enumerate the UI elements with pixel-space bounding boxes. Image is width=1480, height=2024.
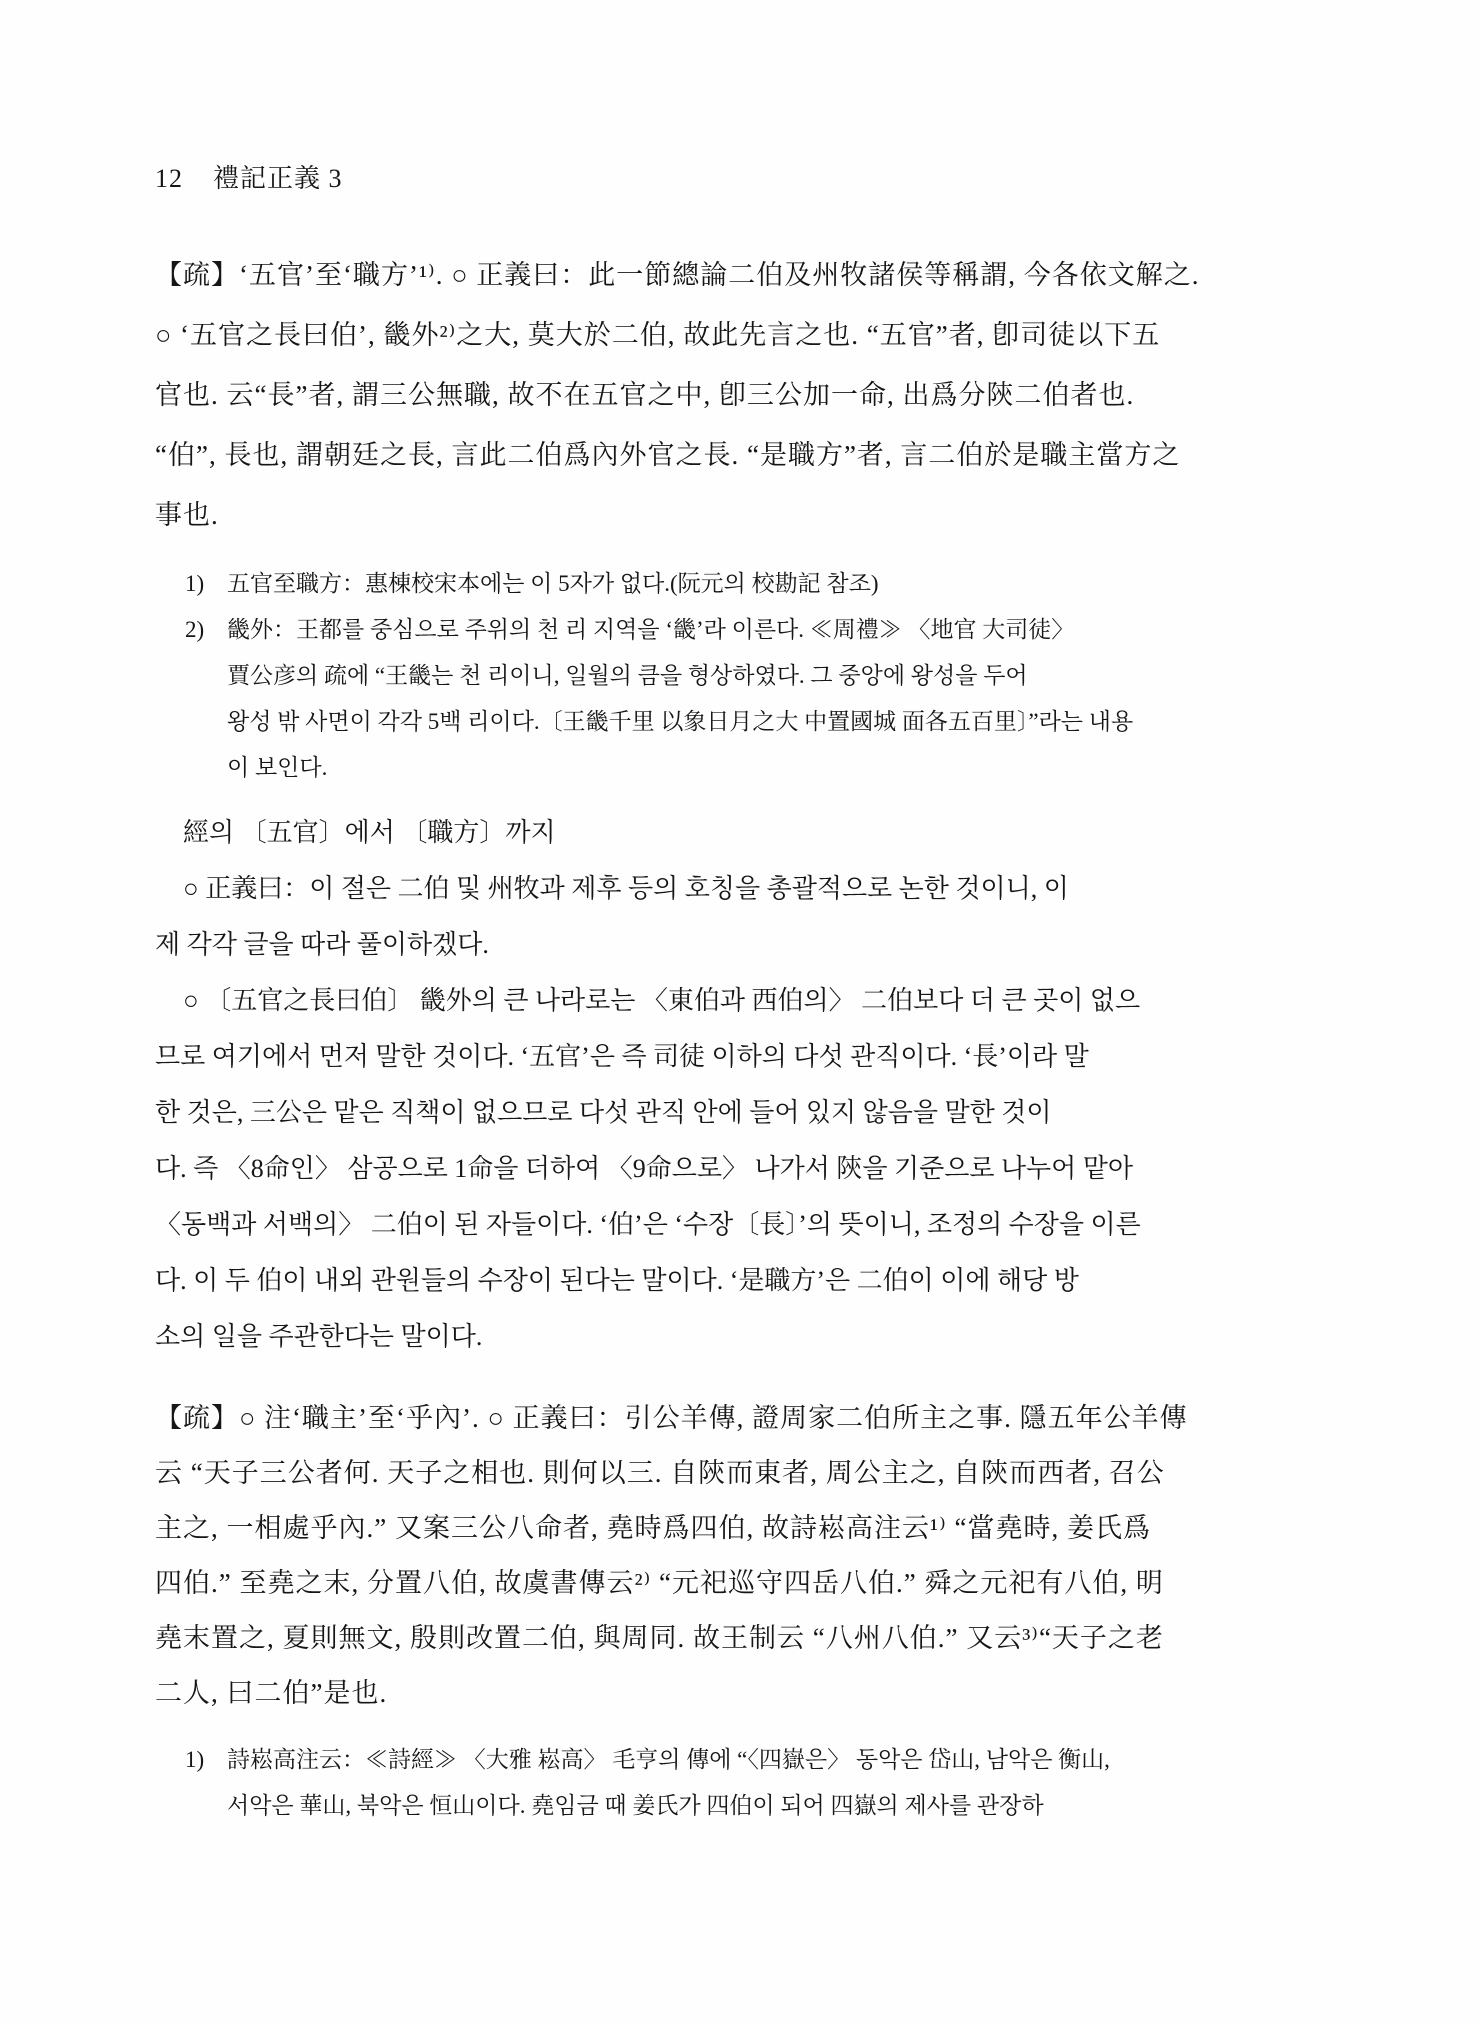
footnote-line: 왕성 밖 사면이 각각 5백 리이다.〔王畿千里 以象日月之大 中置國城 面各五…: [227, 699, 1133, 745]
hanmun-line: 堯末置之, 夏則無文, 殷則改置二伯, 與周同. 故王制云 “八州八伯.” 又云…: [155, 1611, 1332, 1666]
translation-line: 므로 여기에서 먼저 말한 것이다. ‘五官’은 즉 司徒 이하의 다섯 관직이…: [155, 1029, 1332, 1085]
footnote-body: 五官至職方：惠棟校宋本에는 이 5자가 없다.(阮元의 校勘記 참조): [227, 561, 879, 607]
hanmun-line: 官也. 云“長”者, 謂三公無職, 故不在五官之中, 卽三公加一命, 出爲分陝二…: [155, 365, 1332, 425]
hanmun-line: 四伯.” 至堯之末, 分置八伯, 故虞書傳云²⁾ “元祀巡守四岳八伯.” 舜之元…: [155, 1556, 1332, 1611]
footnote: 1) 五官至職方：惠棟校宋本에는 이 5자가 없다.(阮元의 校勘記 참조): [185, 561, 1332, 607]
hanmun-line: “伯”, 長也, 謂朝廷之長, 言此二伯爲內外官之長. “是職方”者, 言二伯於…: [155, 425, 1332, 485]
footnote-block-1: 1) 五官至職方：惠棟校宋本에는 이 5자가 없다.(阮元의 校勘記 참조) 2…: [155, 561, 1332, 791]
footnote-line: 서악은 華山, 북악은 恒山이다. 堯임금 때 姜氏가 四伯이 되어 四嶽의 제…: [227, 1783, 1110, 1829]
translation-line: 제 각각 글을 따라 풀이하겠다.: [155, 917, 1332, 973]
hanmun-line: 二人, 曰二伯”是也.: [155, 1666, 1332, 1721]
footnote-marker: 2): [185, 607, 227, 653]
hanmun-line: 【疏】○ 注‘職主’至‘乎內’. ○ 正義曰：引公羊傳, 證周家二伯所主之事. …: [155, 1391, 1332, 1446]
footnote-body: 畿外：王都를 중심으로 주위의 천 리 지역을 ‘畿’라 이른다. ≪周禮≫ 〈…: [227, 607, 1133, 791]
commentary-block-2: 【疏】○ 注‘職主’至‘乎內’. ○ 正義曰：引公羊傳, 證周家二伯所主之事. …: [155, 1391, 1332, 1721]
footnote-line: 이 보인다.: [227, 745, 1133, 791]
hanmun-line: ○ ‘五官之長曰伯’, 畿外²⁾之大, 莫大於二伯, 故此先言之也. “五官”者…: [155, 305, 1332, 365]
footnote-marker: 1): [185, 561, 227, 607]
translation-line: 〈동백과 서백의〉 二伯이 된 자들이다. ‘伯’은 ‘수장〔長〕’의 뜻이니,…: [155, 1197, 1332, 1253]
footnote: 1) 詩崧高注云：≪詩經≫ 〈大雅 崧高〉 毛亨의 傳에 “〈四嶽은〉 동악은 …: [185, 1737, 1332, 1829]
footnote-block-2: 1) 詩崧高注云：≪詩經≫ 〈大雅 崧高〉 毛亨의 傳에 “〈四嶽은〉 동악은 …: [155, 1737, 1332, 1829]
footnote-line: 詩崧高注云：≪詩經≫ 〈大雅 崧高〉 毛亨의 傳에 “〈四嶽은〉 동악은 岱山,…: [227, 1737, 1110, 1783]
footnote-body: 詩崧高注云：≪詩經≫ 〈大雅 崧高〉 毛亨의 傳에 “〈四嶽은〉 동악은 岱山,…: [227, 1737, 1110, 1829]
translation-line: 다. 즉 〈8命인〉 삼공으로 1命을 더하여 〈9命으로〉 나가서 陝을 기준…: [155, 1141, 1332, 1197]
book-title: 禮記正義 3: [213, 164, 343, 193]
translation-line: ○ 〔五官之長曰伯〕 畿外의 큰 나라로는 〈東伯과 西伯의〉 二伯보다 더 큰…: [155, 973, 1332, 1029]
footnote-line: 五官至職方：惠棟校宋本에는 이 5자가 없다.(阮元의 校勘記 참조): [227, 561, 879, 607]
translation-line: 다. 이 두 伯이 내외 관원들의 수장이 된다는 말이다. ‘是職方’은 二伯…: [155, 1253, 1332, 1309]
translation-line: ○ 正義曰：이 절은 二伯 및 州牧과 제후 등의 호칭을 총괄적으로 논한 것…: [155, 861, 1332, 917]
translation-heading: 經의 〔五官〕에서 〔職方〕까지: [155, 805, 1332, 861]
hanmun-line: 【疏】‘五官’至‘職方’¹⁾. ○ 正義曰：此一節總論二伯及州牧諸侯等稱謂, 今…: [155, 245, 1332, 305]
book-page: 12禮記正義 3 【疏】‘五官’至‘職方’¹⁾. ○ 正義曰：此一節總論二伯及州…: [0, 0, 1480, 2024]
footnote-line: 畿外：王都를 중심으로 주위의 천 리 지역을 ‘畿’라 이른다. ≪周禮≫ 〈…: [227, 607, 1133, 653]
footnote: 2) 畿外：王都를 중심으로 주위의 천 리 지역을 ‘畿’라 이른다. ≪周禮…: [185, 607, 1332, 791]
page-number: 12: [155, 164, 183, 193]
translation-line: 소의 일을 주관한다는 말이다.: [155, 1309, 1332, 1365]
hanmun-line: 事也.: [155, 485, 1332, 545]
running-head: 12禮記正義 3: [155, 163, 1332, 195]
footnote-marker: 1): [185, 1737, 227, 1783]
hanmun-line: 主之, 一相處乎內.” 又案三公八命者, 堯時爲四伯, 故詩崧高注云¹⁾ “當堯…: [155, 1501, 1332, 1556]
commentary-block-1: 【疏】‘五官’至‘職方’¹⁾. ○ 正義曰：此一節總論二伯及州牧諸侯等稱謂, 今…: [155, 245, 1332, 545]
translation-block: 經의 〔五官〕에서 〔職方〕까지 ○ 正義曰：이 절은 二伯 및 州牧과 제후 …: [155, 805, 1332, 1365]
footnote-line: 賈公彦의 疏에 “王畿는 천 리이니, 일월의 큼을 형상하였다. 그 중앙에 …: [227, 653, 1133, 699]
hanmun-line: 云 “天子三公者何. 天子之相也. 則何以三. 自陝而東者, 周公主之, 自陝而…: [155, 1446, 1332, 1501]
translation-line: 한 것은, 三公은 맡은 직책이 없으므로 다섯 관직 안에 들어 있지 않음을…: [155, 1085, 1332, 1141]
